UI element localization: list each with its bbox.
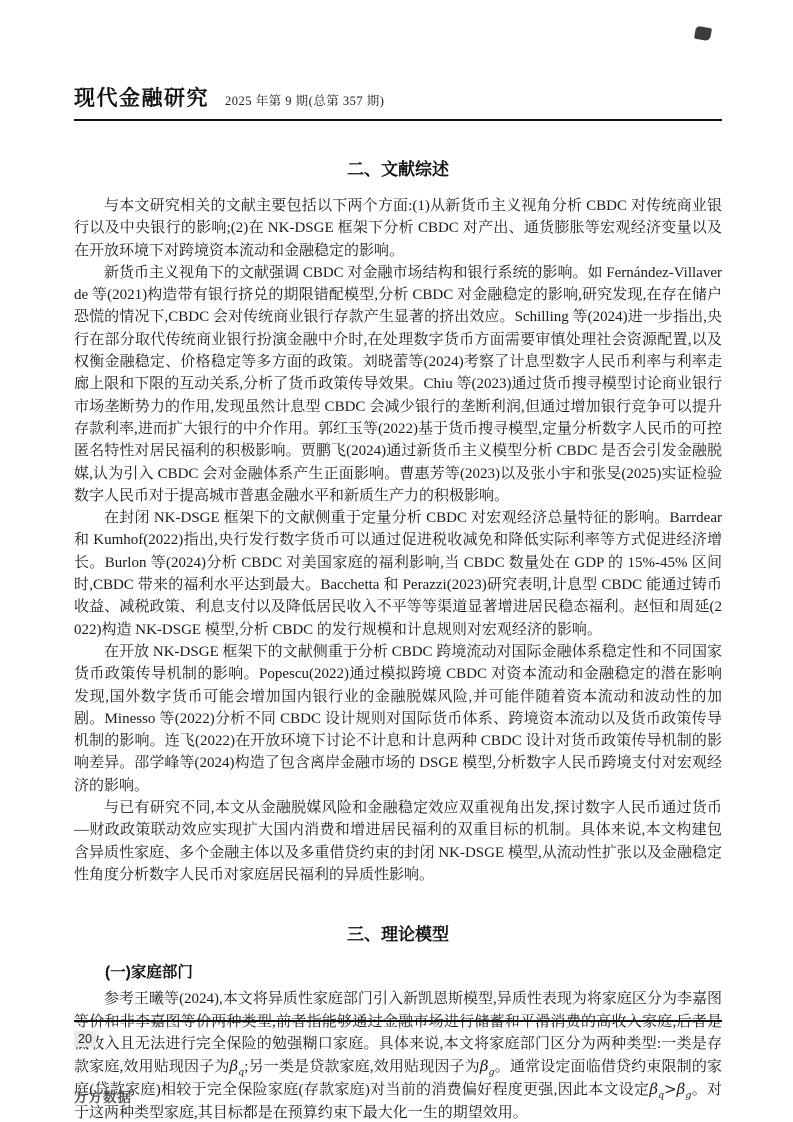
literature-paragraph-2: 新货币主义视角下的文献强调 CBDC 对金融市场结构和银行系统的影响。如 Fer… (74, 262, 722, 507)
footer-rule (74, 1020, 722, 1022)
beta-saver-symbol: βq (229, 1057, 244, 1075)
page-content: 现代金融研究 2025 年第 9 期(总第 357 期) 二、文献综述 与本文研… (74, 0, 722, 1122)
household-paragraph: 参考王曦等(2024),本文将异质性家庭部门引入新凯恩斯模型,异质性表现为将家庭… (74, 988, 722, 1122)
subsection-title-household-sector: (一)家庭部门 (74, 960, 722, 982)
page-header: 现代金融研究 2025 年第 9 期(总第 357 期) (74, 0, 722, 112)
literature-paragraph-5: 与已有研究不同,本文从金融脱媒风险和金融稳定效应双重视角出发,探讨数字人民币通过… (74, 797, 722, 886)
section-title-theoretical-model: 三、理论模型 (74, 920, 722, 945)
journal-title: 现代金融研究 (74, 82, 209, 112)
journal-page: 现代金融研究 2025 年第 9 期(总第 357 期) 二、文献综述 与本文研… (0, 0, 793, 1122)
issue-info: 2025 年第 9 期(总第 357 期) (225, 91, 384, 109)
header-rule (74, 119, 722, 121)
wanfang-data-watermark: 万方数据 (74, 1086, 132, 1106)
beta-borrower-symbol: βg (480, 1057, 495, 1075)
beta-inequality: βq>βg (649, 1080, 691, 1098)
section-title-literature-review: 二、文献综述 (74, 155, 722, 180)
literature-paragraph-1: 与本文研究相关的文献主要包括以下两个方面:(1)从新货币主义视角分析 CBDC … (74, 195, 722, 262)
page-number: 20 (74, 1031, 96, 1047)
household-text-2: ;另一类是贷款家庭,效用贴现因子为 (244, 1059, 480, 1075)
literature-paragraph-4: 在开放 NK-DSGE 框架下的文献侧重于分析 CBDC 跨境流动对国际金融体系… (74, 641, 722, 797)
literature-paragraph-3: 在封闭 NK-DSGE 框架下的文献侧重于定量分析 CBDC 对宏观经济总量特征… (74, 507, 722, 641)
